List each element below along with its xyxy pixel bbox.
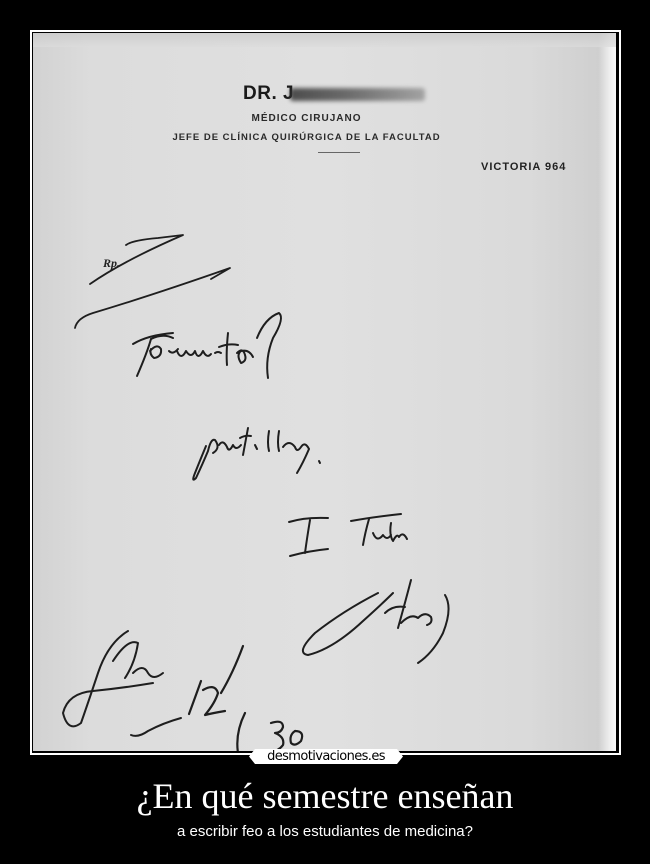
watermark-logo: desmotivaciones.es [249,749,403,764]
handwriting-itubo [289,514,407,556]
poster-title: ¿En qué semestre enseñan [0,775,650,817]
handwriting-scribble [303,580,449,663]
poster-subtitle: a escribir feo a los estudiantes de medi… [0,823,650,841]
prescription-image: DR. J MÉDICO CIRUJANO JEFE DE CLÍNICA QU… [33,33,616,751]
handwriting-strokes [33,33,616,751]
handwriting-pastillas [193,428,320,480]
handwriting-date [189,646,302,751]
handwriting-signature [63,631,181,736]
rp-arrow-strokes [75,235,230,328]
handwriting-formitrol [133,313,281,378]
